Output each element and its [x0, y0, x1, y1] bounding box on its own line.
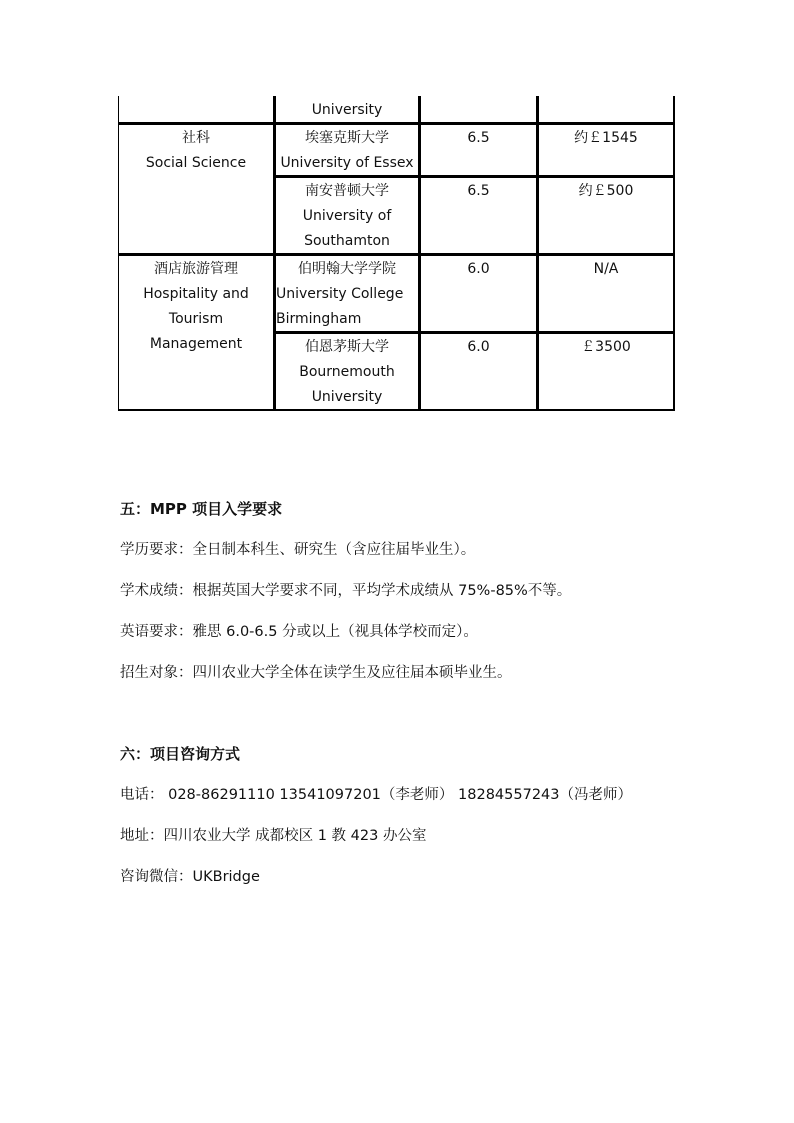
scholarship-amount: ￡3500 — [539, 335, 673, 360]
scholarship-amount: 约￡1545 — [539, 126, 673, 151]
university-table: University 社科 Social Science 埃塞克斯大学 Univ… — [118, 96, 675, 411]
contact-wechat: 咨询微信：UKBridge — [120, 867, 260, 887]
category-en: Hospitality and — [119, 282, 273, 307]
university-name-cell: 南安普顿大学 University of Southamton — [276, 179, 418, 254]
category-cn: 社科 — [119, 126, 273, 151]
university-name-cell: University — [276, 98, 418, 123]
university-name-line: Southamton — [276, 229, 418, 254]
scholarship-amount: 约￡500 — [539, 179, 673, 204]
scholarship-amount: N/A — [539, 257, 673, 282]
university-name-line: Bournemouth — [276, 360, 418, 385]
category-cn: 酒店旅游管理 — [119, 257, 273, 282]
category-en: Tourism — [119, 307, 273, 332]
university-name-line: 伯恩茅斯大学 — [276, 335, 418, 360]
university-name-line: University of — [276, 204, 418, 229]
university-name-cell: 伯恩茅斯大学 Bournemouth University — [276, 335, 418, 410]
university-name-line: 南安普顿大学 — [276, 179, 418, 204]
ielts-score: 6.5 — [421, 126, 536, 151]
ielts-score: 6.5 — [421, 179, 536, 204]
university-name-line: University College — [276, 282, 418, 307]
university-name-line: University — [276, 98, 418, 123]
category-cell: 酒店旅游管理 Hospitality and Tourism Managemen… — [119, 257, 273, 357]
ielts-score: 6.0 — [421, 335, 536, 360]
requirement-academic: 学术成绩：根据英国大学要求不同，平均学术成绩从 75%-85%不等。 — [120, 581, 571, 601]
ielts-score: 6.0 — [421, 257, 536, 282]
university-name-line: 伯明翰大学学院 — [276, 257, 418, 282]
university-name-cell: 埃塞克斯大学 University of Essex — [276, 126, 418, 176]
university-name-line: Birmingham — [276, 307, 418, 332]
requirement-english: 英语要求：雅思 6.0-6.5 分或以上（视具体学校而定）。 — [120, 622, 478, 642]
category-en: Social Science — [119, 151, 273, 176]
university-name-line: 埃塞克斯大学 — [276, 126, 418, 151]
university-name-cell: 伯明翰大学学院 University College Birmingham — [276, 257, 418, 332]
contact-address: 地址：四川农业大学 成都校区 1 教 423 办公室 — [120, 826, 426, 846]
category-en: Management — [119, 332, 273, 357]
university-name-line: University of Essex — [276, 151, 418, 176]
requirement-target: 招生对象：四川农业大学全体在读学生及应往届本硕毕业生。 — [120, 663, 512, 683]
category-cell: 社科 Social Science — [119, 126, 273, 176]
document-page: University 社科 Social Science 埃塞克斯大学 Univ… — [0, 0, 794, 1123]
contact-phone: 电话： 028-86291110 13541097201（李老师） 182845… — [120, 785, 632, 805]
university-name-line: University — [276, 385, 418, 410]
requirement-education: 学历要求：全日制本科生、研究生（含应往届毕业生）。 — [120, 540, 475, 560]
section-title-contact: 六：项目咨询方式 — [120, 744, 240, 764]
section-title-admission: 五：MPP 项目入学要求 — [120, 499, 282, 519]
